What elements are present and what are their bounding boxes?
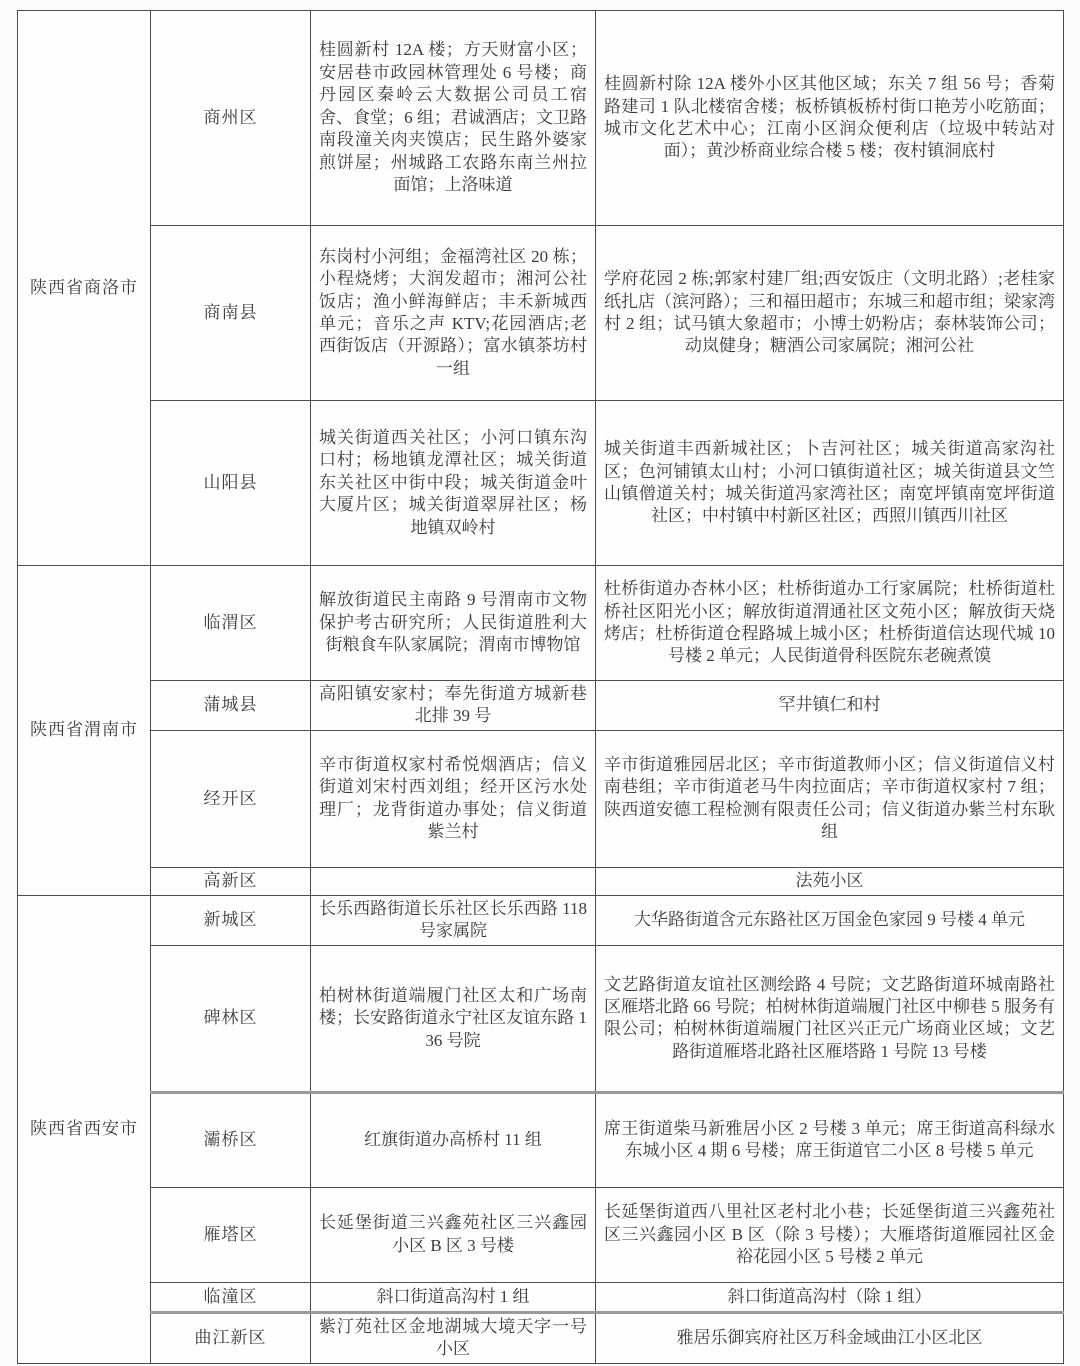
area-list-cell-b: 席王街道柴马新雅居小区 2 号楼 3 单元；席王街道高科绿水东城小区 4 期 6… xyxy=(596,1092,1064,1187)
table-row: 陕西省商洛市商州区桂圆新村 12A 楼；方天财富小区；安居巷市政园林管理处 6 … xyxy=(18,11,1064,226)
area-list-cell-b: 桂圆新村除 12A 楼外小区其他区域；东关 7 组 56 号；香菊路建司 1 队… xyxy=(596,11,1064,226)
table-row: 经开区辛市街道权家村希悦烟酒店；信义街道刘宋村西刘组；经开区污水处理厂；龙背街道… xyxy=(18,730,1064,867)
area-list-cell-b: 辛市街道雅园居北区；辛市街道教师小区；信义街道信义村南巷组；辛市街道老马牛肉拉面… xyxy=(596,730,1064,867)
table-row: 山阳县城关街道西关社区；小河口镇东沟口村；杨地镇龙潭社区；城关街道东关社区中街中… xyxy=(18,401,1064,566)
district-cell: 雁塔区 xyxy=(151,1187,311,1282)
district-cell: 商南县 xyxy=(151,226,311,401)
table-row: 商南县东岗村小河组；金福湾社区 20 栋；小程烧烤；大润发超市；湘河公社饭店；渔… xyxy=(18,226,1064,401)
province-city-cell: 陕西省渭南市 xyxy=(18,566,151,896)
province-city-cell: 陕西省西安市 xyxy=(18,895,151,1363)
area-list-cell-a: 斜口街道高沟村 1 组 xyxy=(311,1282,596,1312)
area-list-cell-b: 斜口街道高沟村（除 1 组） xyxy=(596,1282,1064,1312)
district-cell: 曲江新区 xyxy=(151,1312,311,1363)
district-cell: 碑林区 xyxy=(151,945,311,1092)
table-row: 高新区法苑小区 xyxy=(18,867,1064,895)
risk-area-table: 陕西省商洛市商州区桂圆新村 12A 楼；方天财富小区；安居巷市政园林管理处 6 … xyxy=(17,10,1064,1364)
table-row: 陕西省渭南市临渭区解放街道民主南路 9 号渭南市文物保护考古研究所；人民街道胜利… xyxy=(18,566,1064,681)
area-list-cell-a: 长延堡街道三兴鑫苑社区三兴鑫园小区 B 区 3 号楼 xyxy=(311,1187,596,1282)
area-list-cell-b: 城关街道丰西新城社区；卜吉河社区；城关街道高家沟社区；色河铺镇太山村；小河口镇街… xyxy=(596,401,1064,566)
table-row: 临潼区斜口街道高沟村 1 组斜口街道高沟村（除 1 组） xyxy=(18,1282,1064,1312)
area-list-cell-b: 大华路街道含元东路社区万国金色家园 9 号楼 4 单元 xyxy=(596,895,1064,945)
district-cell: 经开区 xyxy=(151,730,311,867)
area-list-cell-a: 桂圆新村 12A 楼；方天财富小区；安居巷市政园林管理处 6 号楼；商丹园区秦岭… xyxy=(311,11,596,226)
district-cell: 商州区 xyxy=(151,11,311,226)
district-cell: 灞桥区 xyxy=(151,1092,311,1187)
table-row: 曲江新区紫汀苑社区金地湖城大境天字一号小区雅居乐御宾府社区万科金域曲江小区北区 xyxy=(18,1312,1064,1363)
area-list-cell-a: 东岗村小河组；金福湾社区 20 栋；小程烧烤；大润发超市；湘河公社饭店；渔小鲜海… xyxy=(311,226,596,401)
table-row: 雁塔区长延堡街道三兴鑫苑社区三兴鑫园小区 B 区 3 号楼长延堡街道西八里社区老… xyxy=(18,1187,1064,1282)
risk-area-table-body: 陕西省商洛市商州区桂圆新村 12A 楼；方天财富小区；安居巷市政园林管理处 6 … xyxy=(18,11,1064,1364)
area-list-cell-a: 红旗街道办高桥村 11 组 xyxy=(311,1092,596,1187)
table-row: 灞桥区红旗街道办高桥村 11 组席王街道柴马新雅居小区 2 号楼 3 单元；席王… xyxy=(18,1092,1064,1187)
area-list-cell-a: 高阳镇安家村；奉先街道方城新巷北排 39 号 xyxy=(311,681,596,731)
area-list-cell-b: 雅居乐御宾府社区万科金域曲江小区北区 xyxy=(596,1312,1064,1363)
table-row: 蒲城县高阳镇安家村；奉先街道方城新巷北排 39 号罕井镇仁和村 xyxy=(18,681,1064,731)
area-list-cell-a xyxy=(311,867,596,895)
area-list-cell-a: 紫汀苑社区金地湖城大境天字一号小区 xyxy=(311,1312,596,1363)
district-cell: 高新区 xyxy=(151,867,311,895)
area-list-cell-b: 罕井镇仁和村 xyxy=(596,681,1064,731)
area-list-cell-a: 柏树林街道端履门社区太和广场南楼；长安路街道永宁社区友谊东路 136 号院 xyxy=(311,945,596,1092)
district-cell: 蒲城县 xyxy=(151,681,311,731)
area-list-cell-b: 法苑小区 xyxy=(596,867,1064,895)
district-cell: 临潼区 xyxy=(151,1282,311,1312)
area-list-cell-b: 杜桥街道办杏林小区；杜桥街道办工行家属院；杜桥街道杜桥社区阳光小区；解放街道渭通… xyxy=(596,566,1064,681)
area-list-cell-a: 解放街道民主南路 9 号渭南市文物保护考古研究所；人民街道胜利大街粮食车队家属院… xyxy=(311,566,596,681)
district-cell: 临渭区 xyxy=(151,566,311,681)
area-list-cell-b: 学府花园 2 栋;郭家村建厂组;西安饭庄（文明北路）;老桂家纸扎店（滨河路）；三… xyxy=(596,226,1064,401)
district-cell: 新城区 xyxy=(151,895,311,945)
document-page: 陕西省商洛市商州区桂圆新村 12A 楼；方天财富小区；安居巷市政园林管理处 6 … xyxy=(0,0,1080,1366)
table-row: 碑林区柏树林街道端履门社区太和广场南楼；长安路街道永宁社区友谊东路 136 号院… xyxy=(18,945,1064,1092)
area-list-cell-a: 长乐西路街道长乐社区长乐西路 118 号家属院 xyxy=(311,895,596,945)
area-list-cell-a: 城关街道西关社区；小河口镇东沟口村；杨地镇龙潭社区；城关街道东关社区中街中段；城… xyxy=(311,401,596,566)
province-city-cell: 陕西省商洛市 xyxy=(18,11,151,566)
district-cell: 山阳县 xyxy=(151,401,311,566)
area-list-cell-a: 辛市街道权家村希悦烟酒店；信义街道刘宋村西刘组；经开区污水处理厂；龙背街道办事处… xyxy=(311,730,596,867)
area-list-cell-b: 文艺路街道友谊社区测绘路 4 号院；文艺路街道环城南路社区雁塔北路 66 号院；… xyxy=(596,945,1064,1092)
table-row: 陕西省西安市新城区长乐西路街道长乐社区长乐西路 118 号家属院大华路街道含元东… xyxy=(18,895,1064,945)
area-list-cell-b: 长延堡街道西八里社区老村北小巷；长延堡街道三兴鑫苑社区三兴鑫园小区 B 区（除 … xyxy=(596,1187,1064,1282)
